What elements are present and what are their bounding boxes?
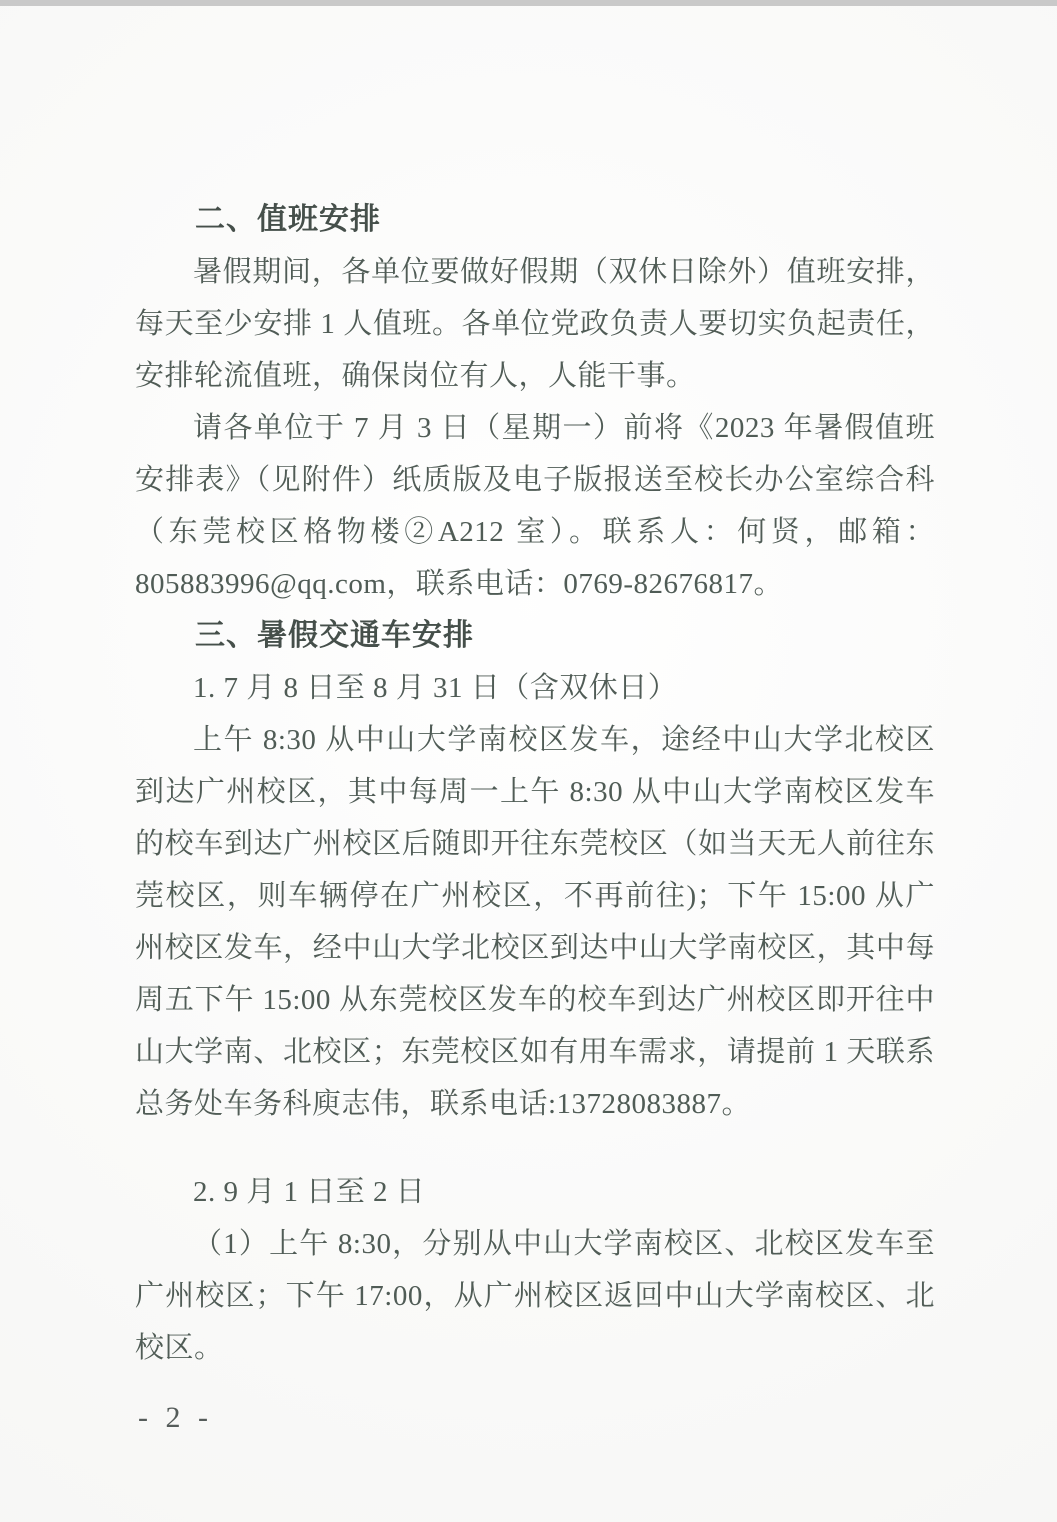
section-heading-duty-arrangement: 二、值班安排: [135, 194, 935, 246]
top-edge-band: [0, 0, 1057, 6]
paragraph-duty-submission-contact: 请各单位于 7 月 3 日（星期一）前将《2023 年暑假值班安排表》（见附件）…: [135, 402, 935, 610]
shuttle-item-1-date-range: 1. 7 月 8 日至 8 月 31 日（含双休日）: [135, 662, 935, 714]
document-page: 二、值班安排 暑假期间，各单位要做好假期（双休日除外）值班安排，每天至少安排 1…: [0, 0, 1057, 1522]
shuttle-item-2-date-range: 2. 9 月 1 日至 2 日: [135, 1166, 935, 1218]
document-body: 二、值班安排 暑假期间，各单位要做好假期（双休日除外）值班安排，每天至少安排 1…: [135, 194, 935, 1374]
section-heading-shuttle-bus: 三、暑假交通车安排: [135, 610, 935, 662]
page-number: - 2 -: [138, 1398, 213, 1438]
shuttle-item-1-schedule-details: 上午 8:30 从中山大学南校区发车，途经中山大学北校区到达广州校区，其中每周一…: [135, 714, 935, 1130]
paragraph-duty-overview: 暑假期间，各单位要做好假期（双休日除外）值班安排，每天至少安排 1 人值班。各单…: [135, 246, 935, 402]
shuttle-item-2-schedule-details: （1）上午 8:30，分别从中山大学南校区、北校区发车至广州校区；下午 17:0…: [135, 1218, 935, 1374]
